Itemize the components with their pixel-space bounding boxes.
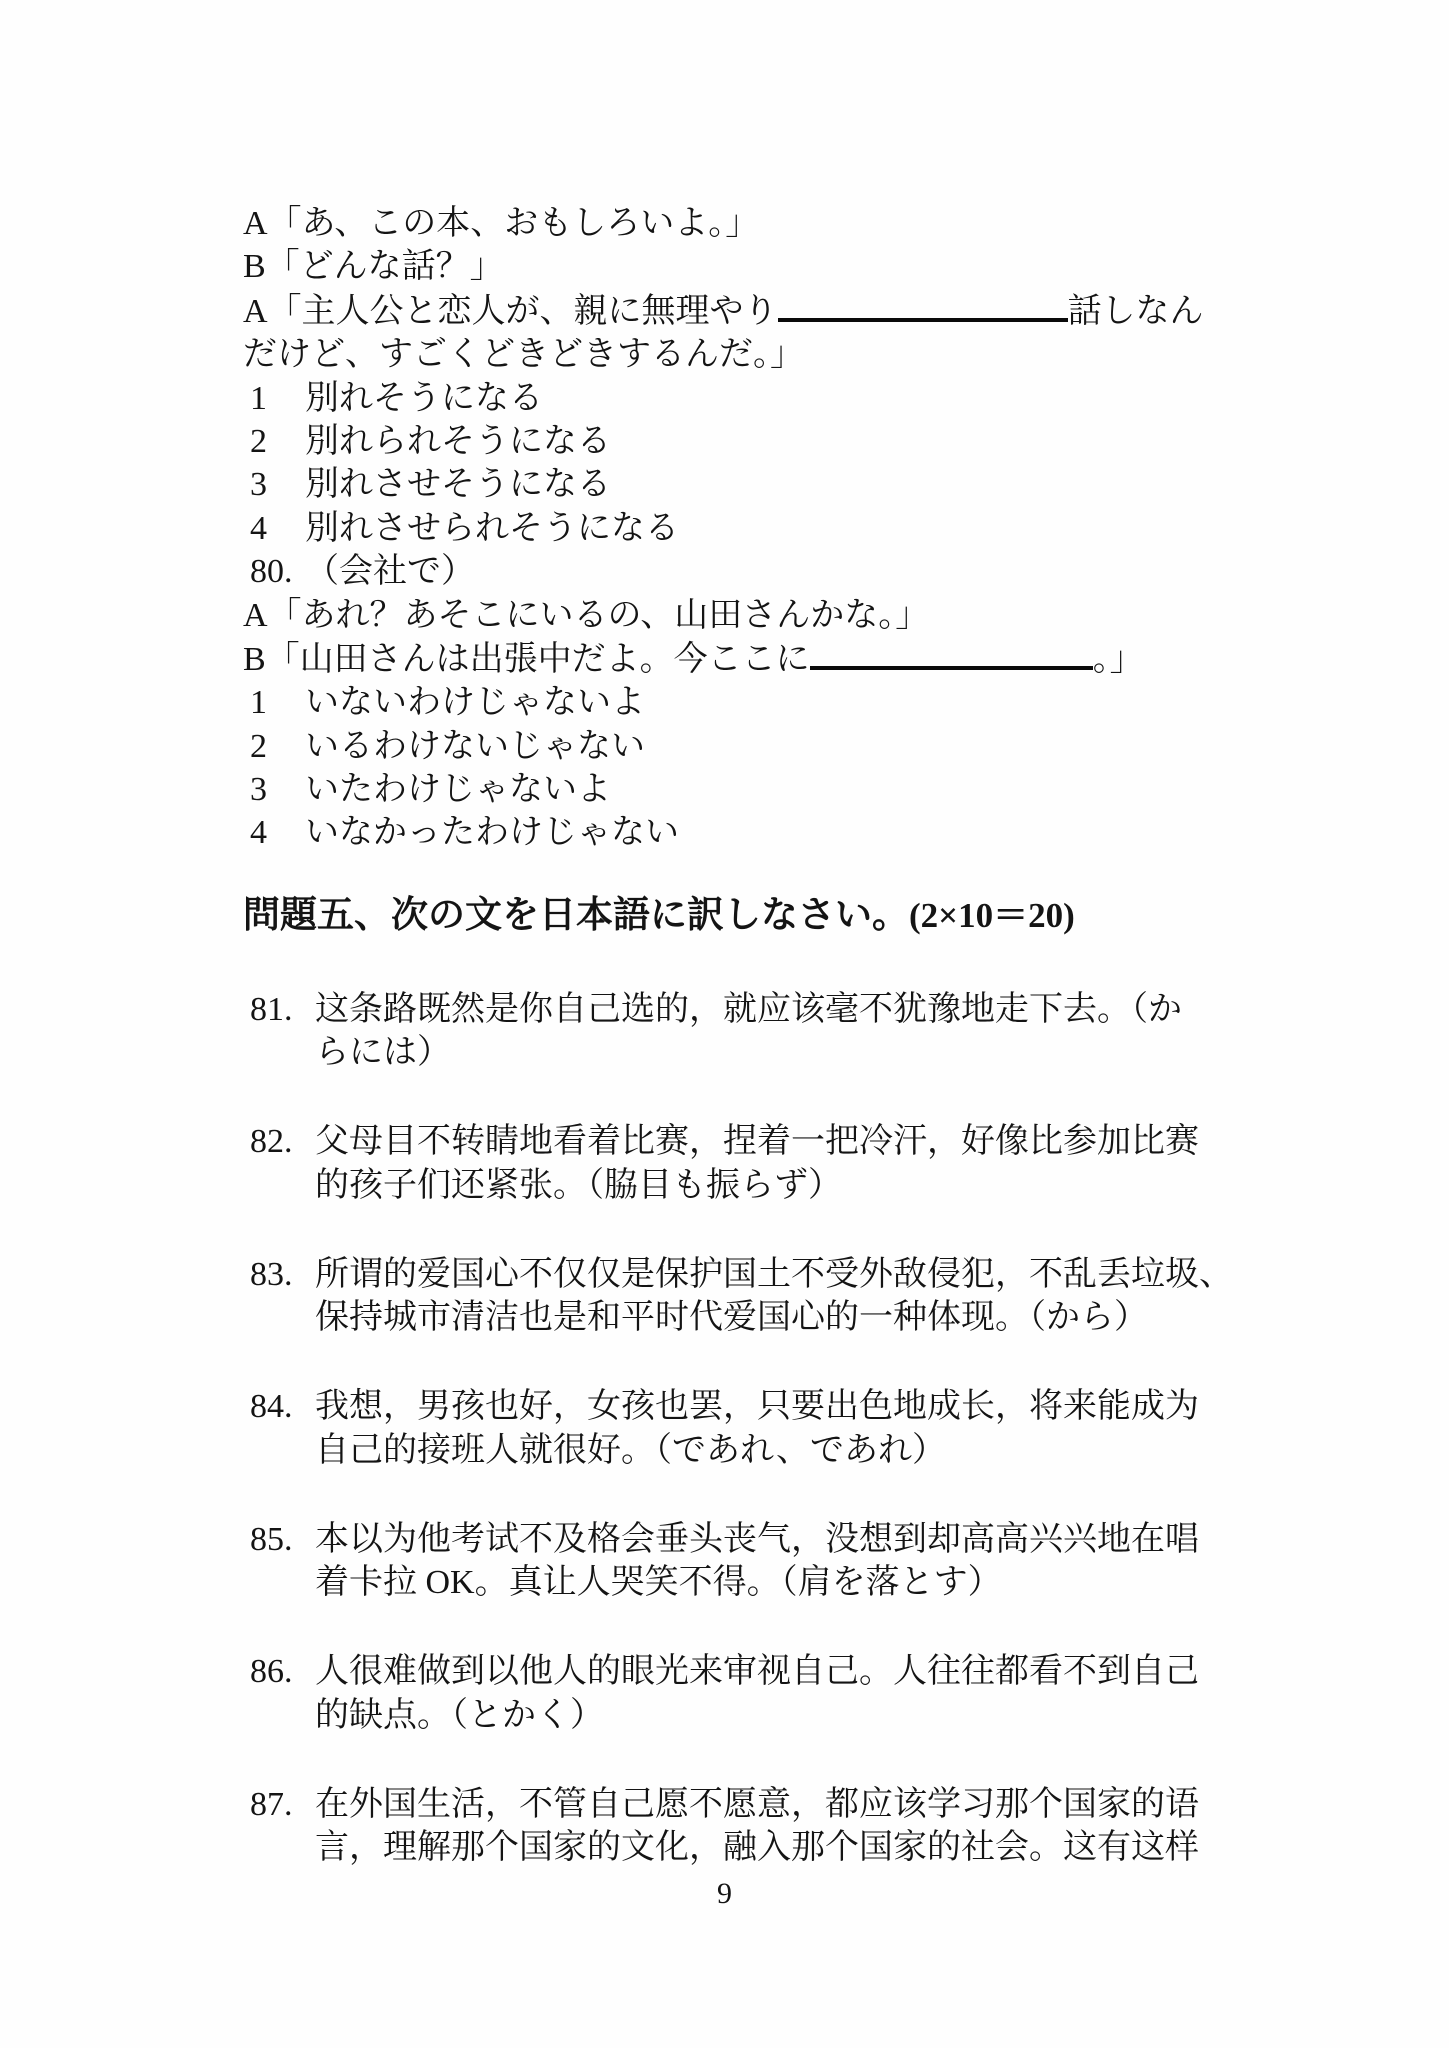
document-body: A「あ、この本、おもしろいよ。」 B「どんな話？」 A「主人公と恋人が、親に無理… bbox=[243, 202, 1273, 1915]
option-text: 別れさせられそうになる bbox=[305, 510, 679, 547]
question-text-line: 父母目不转睛地看着比赛，捏着一把冷汗，好像比参加比赛 bbox=[315, 1120, 1273, 1163]
question-number: 84. bbox=[250, 1385, 293, 1428]
question-text-line: 着卡拉 OK。真让人哭笑不得。（肩を落とす） bbox=[315, 1561, 1273, 1604]
exam-page: A「あ、この本、おもしろいよ。」 B「どんな話？」 A「主人公と恋人が、親に無理… bbox=[0, 0, 1449, 2048]
question-header: 80.（会社で） bbox=[243, 550, 1273, 593]
option-row: 4いなかったわけじゃない bbox=[243, 811, 1273, 854]
question-number: 81. bbox=[250, 988, 293, 1031]
question-number: 83. bbox=[250, 1253, 293, 1296]
section-score: (2×10＝20) bbox=[909, 896, 1075, 935]
translation-item: 87. 在外国生活，不管自己愿不愿意，都应该学习那个国家的语 言，理解那个国家的… bbox=[243, 1783, 1273, 1870]
question-setting: （会社で） bbox=[305, 553, 475, 590]
dialogue-line-b: B「どんな話？」 bbox=[243, 245, 1273, 288]
dialogue-line-continuation: だけど、すごくどきどきするんだ。」 bbox=[243, 333, 1273, 376]
option-number: 2 bbox=[243, 420, 305, 463]
dialogue-text-post: 話しなん bbox=[1068, 293, 1204, 330]
dialogue-line-a-with-blank: A「主人公と恋人が、親に無理やり話しなん bbox=[243, 289, 1273, 333]
option-text: 別れそうになる bbox=[305, 380, 543, 417]
option-number: 2 bbox=[243, 725, 305, 768]
question-text-line: 的孩子们还紧张。（脇目も振らず） bbox=[315, 1164, 1273, 1207]
option-number: 4 bbox=[243, 507, 305, 550]
dialogue-line-a: A「あれ？あそこにいるの、山田さんかな。」 bbox=[243, 594, 1273, 637]
dialogue-text-post: 。」 bbox=[1093, 641, 1144, 678]
question-text-line: 这条路既然是你自己选的，就应该毫不犹豫地走下去。（か bbox=[315, 988, 1273, 1031]
option-row: 2いるわけないじゃない bbox=[243, 725, 1273, 768]
option-number: 3 bbox=[243, 768, 305, 811]
option-number: 1 bbox=[243, 377, 305, 420]
option-text: いなかったわけじゃない bbox=[305, 814, 679, 851]
question-number: 80. bbox=[243, 550, 305, 593]
question-text-line: 我想，男孩也好，女孩也罢，只要出色地成长，将来能成为 bbox=[315, 1385, 1273, 1428]
section-heading: 問題五、次の文を日本語に訳しなさい。(2×10＝20) bbox=[243, 893, 1273, 938]
question-text-line: 在外国生活，不管自己愿不愿意，都应该学习那个国家的语 bbox=[315, 1783, 1273, 1826]
option-row: 2別れられそうになる bbox=[243, 420, 1273, 463]
section-heading-text: 問題五、次の文を日本語に訳しなさい。 bbox=[243, 894, 909, 935]
option-text: いるわけないじゃない bbox=[305, 728, 645, 765]
option-row: 3別れさせそうになる bbox=[243, 463, 1273, 506]
question-text-line: 人很难做到以他人的眼光来审视自己。人往往都看不到自己 bbox=[315, 1650, 1273, 1693]
option-text: いないわけじゃないよ bbox=[305, 684, 645, 721]
question-text-line: 保持城市清洁也是和平时代爱国心的一种体现。（から） bbox=[315, 1296, 1273, 1339]
question-text-line: 自己的接班人就很好。（であれ、であれ） bbox=[315, 1429, 1273, 1472]
option-number: 4 bbox=[243, 811, 305, 854]
dialogue-text-pre: B「山田さんは出張中だよ。今ここに bbox=[243, 641, 810, 678]
question-number: 85. bbox=[250, 1518, 293, 1561]
dialogue-text-pre: A「主人公と恋人が、親に無理やり bbox=[243, 293, 778, 330]
question-text-line: 所谓的爱国心不仅仅是保护国土不受外敌侵犯，不乱丢垃圾、 bbox=[315, 1253, 1273, 1296]
translation-item: 83. 所谓的爱国心不仅仅是保护国土不受外敌侵犯，不乱丢垃圾、 保持城市清洁也是… bbox=[243, 1253, 1273, 1340]
option-row: 4別れさせられそうになる bbox=[243, 507, 1273, 550]
page-number: 9 bbox=[0, 1876, 1449, 1912]
dialogue-line-b-with-blank: B「山田さんは出張中だよ。今ここに。」 bbox=[243, 637, 1273, 681]
translation-item: 85. 本以为他考试不及格会垂头丧气，没想到却高高兴兴地在唱 着卡拉 OK。真让… bbox=[243, 1518, 1273, 1605]
question-number: 86. bbox=[250, 1650, 293, 1693]
question-text-line: 的缺点。（とかく） bbox=[315, 1694, 1273, 1737]
question-text-line: 本以为他考试不及格会垂头丧气，没想到却高高兴兴地在唱 bbox=[315, 1518, 1273, 1561]
question-text-line: らには） bbox=[315, 1031, 1273, 1074]
question-number: 82. bbox=[250, 1120, 293, 1163]
dialogue-line-a: A「あ、この本、おもしろいよ。」 bbox=[243, 202, 1273, 245]
option-row: 1いないわけじゃないよ bbox=[243, 681, 1273, 724]
question-number: 87. bbox=[250, 1783, 293, 1826]
option-text: 別れられそうになる bbox=[305, 423, 611, 460]
translation-item: 84. 我想，男孩也好，女孩也罢，只要出色地成长，将来能成为 自己的接班人就很好… bbox=[243, 1385, 1273, 1472]
option-text: いたわけじゃないよ bbox=[305, 771, 611, 808]
question-text-line: 言，理解那个国家的文化，融入那个国家的社会。这有这样 bbox=[315, 1826, 1273, 1869]
option-text: 別れさせそうになる bbox=[305, 466, 611, 503]
option-number: 3 bbox=[243, 463, 305, 506]
translation-item: 81. 这条路既然是你自己选的，就应该毫不犹豫地走下去。（か らには） bbox=[243, 988, 1273, 1075]
translation-item: 82. 父母目不转睛地看着比赛，捏着一把冷汗，好像比参加比赛 的孩子们还紧张。（… bbox=[243, 1120, 1273, 1207]
blank-underline bbox=[778, 289, 1068, 322]
option-number: 1 bbox=[243, 681, 305, 724]
translation-item: 86. 人很难做到以他人的眼光来审视自己。人往往都看不到自己 的缺点。（とかく） bbox=[243, 1650, 1273, 1737]
blank-underline bbox=[810, 637, 1093, 670]
option-row: 1別れそうになる bbox=[243, 377, 1273, 420]
option-row: 3いたわけじゃないよ bbox=[243, 768, 1273, 811]
